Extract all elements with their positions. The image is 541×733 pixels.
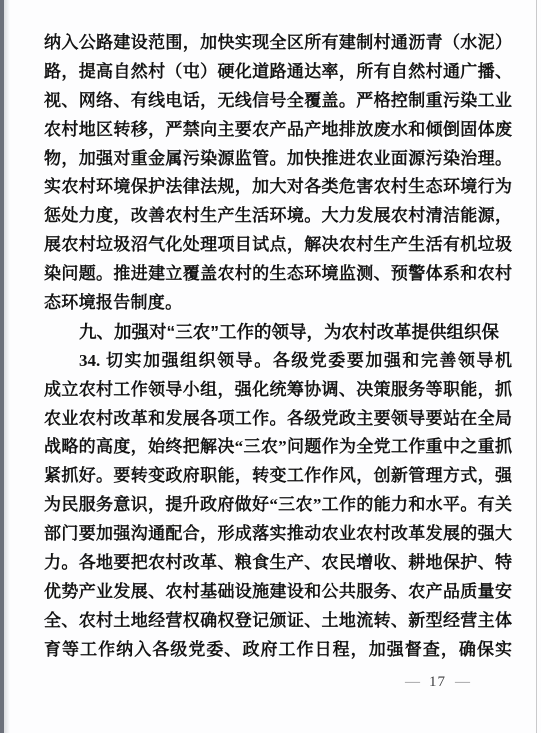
text-line: 态环境报告制度。 xyxy=(44,289,512,318)
text-line: 成立农村工作领导小组，强化统筹协调、决策服务等职能，抓好 xyxy=(44,376,512,405)
text-line: 紧抓好。要转变政府职能，转变工作作风，创新管理方式，强化 xyxy=(44,462,512,491)
text-line: 视、网络、有线电话，无线信号全覆盖。严格控制重污染工业向 xyxy=(44,87,512,116)
text-line: 全、农村土地经营权确权登记颁证、土地流转、新型经营主体培 xyxy=(44,607,512,636)
text-line: 实农村环境保护法律法规，加大对各类危害农村生态环境行为的 xyxy=(44,173,512,202)
scan-right-edge-line xyxy=(536,0,537,733)
text-line: 34. 切实加强组织领导。各级党委要加强和完善领导机制， xyxy=(44,347,512,376)
page-number-dash-right: — xyxy=(455,674,470,690)
text-line: 育等工作纳入各级党委、政府工作日程，加强督查，确保实效。 xyxy=(44,636,512,665)
text-line: 农村地区转移，严禁向主要农产品产地排放废水和倾倒固体废弃 xyxy=(44,116,512,145)
text-line: 农业农村改革和发展各项工作。各级党政主要领导要站在全局和 xyxy=(44,405,512,434)
section-heading: 九、加强对“三农”工作的领导，为农村改革提供组织保障 xyxy=(44,318,512,347)
text-line: 战略的高度，始终把解决“三农”问题作为全党工作重中之重抓 xyxy=(44,433,512,462)
page-number: —17— xyxy=(405,672,470,692)
page-content: 纳入公路建设范围，加快实现全区所有建制村通沥青（水泥）路，提高自然村（屯）硬化道… xyxy=(44,29,512,665)
text-line: 染问题。推进建立覆盖农村的生态环境监测、预警体系和农村生 xyxy=(44,260,512,289)
text-line: 为民服务意识，提升政府做好“三农”工作的能力和水平。有关 xyxy=(44,491,512,520)
text-line: 路，提高自然村（屯）硬化道路通达率，所有自然村通广播、电 xyxy=(44,58,512,87)
document-page: 纳入公路建设范围，加快实现全区所有建制村通沥青（水泥）路，提高自然村（屯）硬化道… xyxy=(0,0,541,733)
text-line: 物，加强对重金属污染源监管。加快推进农业面源污染治理。落 xyxy=(44,145,512,174)
text-line: 纳入公路建设范围，加快实现全区所有建制村通沥青（水泥） xyxy=(44,29,512,58)
text-line: 优势产业发展、农村基础设施建设和公共服务、农产品质量安 xyxy=(44,578,512,607)
text-line: 力。各地要把农村改革、粮食生产、农民增收、耕地保护、特色 xyxy=(44,549,512,578)
text-line: 展农村垃圾沼气化处理项目试点，解决农村生产生活有机垃圾污 xyxy=(44,231,512,260)
scan-left-edge-shadow xyxy=(4,0,10,733)
page-number-dash-left: — xyxy=(405,674,420,690)
text-line: 惩处力度，改善农村生产生活环境。大力发展农村清洁能源，开 xyxy=(44,202,512,231)
page-number-value: 17 xyxy=(429,674,446,690)
text-line: 部门要加强沟通配合，形成落实推动农业农村改革发展的强大合 xyxy=(44,520,512,549)
